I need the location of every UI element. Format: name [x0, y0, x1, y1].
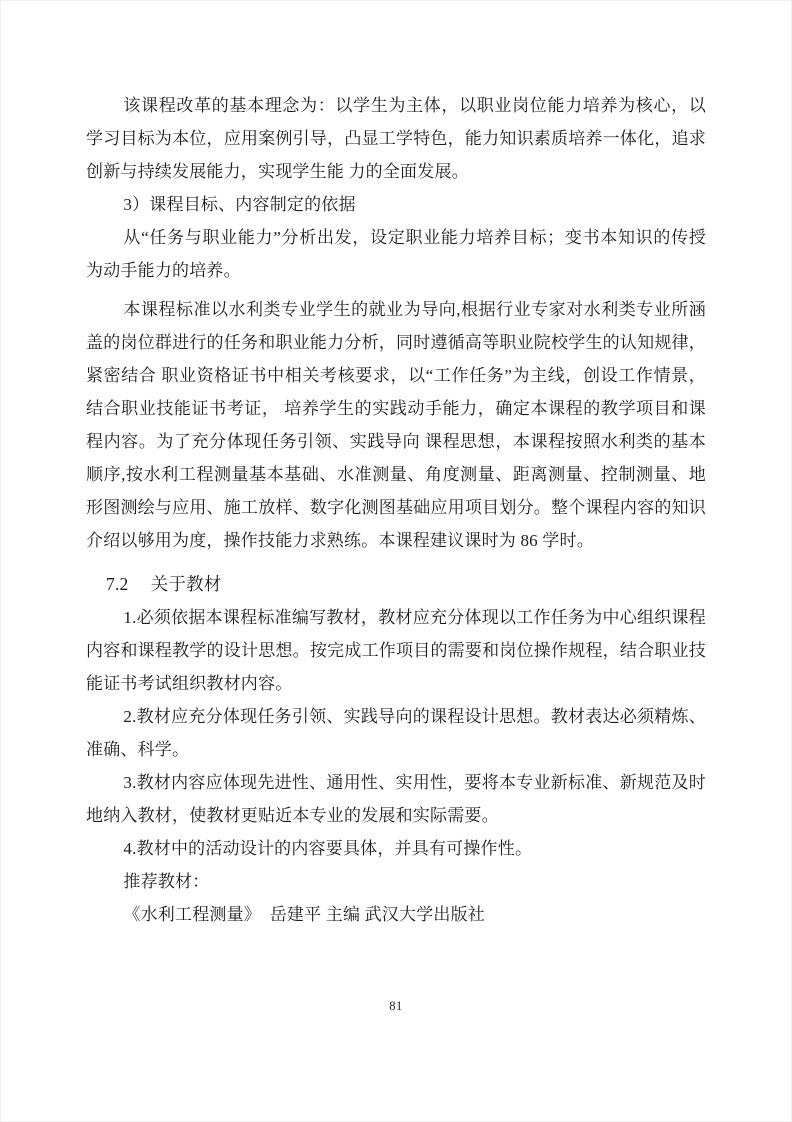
paragraph-course-reform-concept: 该课程改革的基本理念为：以学生为主体，以职业岗位能力培养为核心，以学习目标为本位… [86, 89, 706, 188]
section-heading-about-textbook: 7.2 关于教材 [106, 568, 706, 601]
paragraph-textbook-rule-3: 3.教材内容应体现先进性、通用性、实用性，要将本专业新标准、新规范及时地纳入教材… [86, 766, 706, 832]
paragraph-textbook-rule-1: 1.必须依据本课程标准编写教材，教材应充分体现以工作任务为中心组织课程内容和课程… [86, 601, 706, 700]
document-page: 该课程改革的基本理念为：以学生为主体，以职业岗位能力培养为核心，以学习目标为本位… [0, 0, 792, 1122]
list-heading-course-goals-basis: 3）课程目标、内容制定的依据 [86, 188, 706, 221]
paragraph-textbook-rule-4: 4.教材中的活动设计的内容要具体，并具有可操作性。 [86, 832, 706, 865]
paragraph-recommended-textbook-label: 推荐教材： [86, 865, 706, 898]
document-body: 该课程改革的基本理念为：以学生为主体，以职业岗位能力培养为核心，以学习目标为本位… [86, 89, 706, 931]
page-number: 81 [0, 999, 792, 1014]
paragraph-task-ability-analysis: 从“任务与职业能力”分析出发，设定职业能力培养目标；变书本知识的传授为动手能力的… [86, 221, 706, 287]
paragraph-textbook-rule-2: 2.教材应充分体现任务引领、实践导向的课程设计思想。教材表达必须精炼、准确、科学… [86, 700, 706, 766]
paragraph-recommended-textbook-entry: 《水利工程测量》 岳建平 主编 武汉大学出版社 [86, 898, 706, 931]
paragraph-course-standard-orientation: 本课程标准以水利类专业学生的就业为导向,根据行业专家对水利类专业所涵盖的岗位群进… [86, 293, 706, 557]
